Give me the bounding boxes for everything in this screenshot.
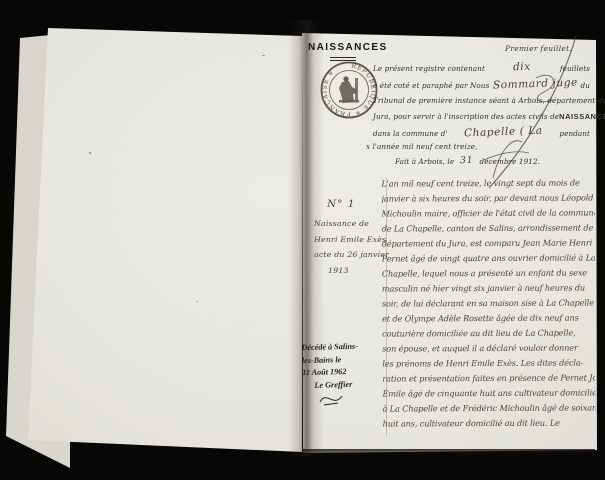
margin-caption-line: Naissance de	[314, 216, 386, 232]
statement-line: Jura, pour servir à l'inscription des ac…	[373, 112, 590, 121]
marianne-figure	[339, 76, 359, 103]
act-line: département du Jura, est comparu Jean Ma…	[382, 235, 595, 251]
death-note-line: Le Greffier	[302, 377, 390, 392]
act-line: Pernet âgé de vingt quatre ans ouvrier d…	[382, 250, 595, 266]
handwritten-folio-count: dix	[513, 61, 531, 74]
act-line: huit ans, cultivateur domicilié au dit l…	[383, 415, 596, 431]
paper-speck	[196, 301, 198, 302]
act-line: à La Chapelle et de Frédéric Michoulin â…	[383, 400, 596, 416]
act-line: son épouse, et auquel il a déclaré voulo…	[382, 340, 595, 356]
margin-caption-line: 1913	[314, 263, 386, 279]
act-line: Emile âgé de cinquante huit ans cultivat…	[382, 385, 595, 401]
act-line: couturière domiciliée au dit lieu de La …	[382, 325, 595, 341]
statement-line: dans la commune d' Chapelle ( La pendant	[373, 127, 590, 139]
act-line: Chapelle, lequel nous a présenté un enfa…	[382, 265, 595, 281]
sheet-number-label: Premier feuillet.	[505, 44, 572, 53]
margin-act-number: N° 1	[327, 198, 355, 210]
paper-speck	[89, 152, 91, 154]
statement-line: a été coté et paraphé par Nous Sommard j…	[373, 79, 590, 91]
margin-caption-line: acte du 26 janvier	[314, 247, 386, 263]
handwritten-judge-name: Sommard juge	[492, 77, 577, 92]
register-title: NAISSANCES	[308, 42, 388, 53]
clerk-signature-flourish	[318, 392, 348, 408]
act-line: Michoulin maire, officier de l'état civi…	[381, 205, 594, 221]
act-line: de La Chapelle, canton de Salins, arrond…	[382, 220, 595, 236]
handwritten-day-number: 31	[460, 155, 474, 166]
act-line: ration et présentation faites en présenc…	[382, 370, 595, 386]
statement-line: x l'année mil neuf cent treize,	[366, 142, 583, 151]
page-bottom-edge-shadow	[303, 449, 595, 456]
paper-speck	[262, 55, 265, 56]
act-line: masculin né hier vingt six janvier à neu…	[382, 280, 595, 296]
margin-death-note: Décédé à Salins- les-Bains le 11 Août 19…	[301, 340, 390, 392]
statement-line: Le présent registre contenant dix feuill…	[373, 62, 590, 74]
act-line: janvier à six heures du soir, par devant…	[381, 190, 594, 206]
act-body: L'an mil neuf cent treize, le vingt sept…	[381, 175, 595, 432]
handwritten-commune-name: Chapelle ( La	[464, 125, 543, 140]
statement-line: Fait à Arbois, le 31 décembre 1912.	[395, 156, 545, 167]
act-line: soir, de lui déclarant en sa maison sise…	[382, 295, 595, 311]
act-line: L'an mil neuf cent treize, le vingt sept…	[381, 175, 594, 191]
margin-act-caption: Naissance de Henri Emile Exès acte du 26…	[314, 216, 386, 278]
scanned-register-page: NAISSANCES Premier feuillet. RÉPUBLIQUE …	[0, 0, 605, 480]
act-line: les prénoms de Henri Emile Exès. Les dit…	[382, 355, 595, 371]
margin-caption-line: Henri Emile Exès	[314, 232, 386, 248]
naissances-inline-bold: NAISSANCES	[559, 112, 605, 121]
act-line: et de Olympe Adèle Rosette âgée de dix n…	[382, 310, 595, 326]
statement-line: Tribunal de première instance séant à Ar…	[373, 96, 590, 105]
